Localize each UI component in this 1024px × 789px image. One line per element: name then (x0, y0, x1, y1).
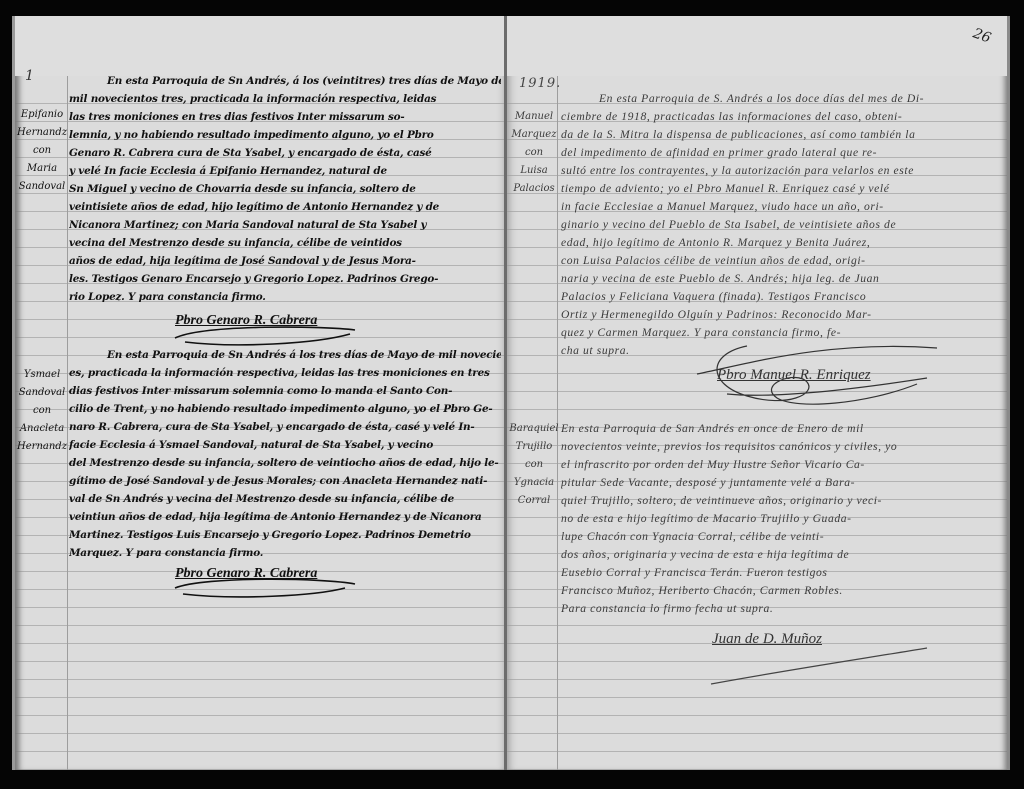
signature-flourish-icon (707, 644, 937, 694)
margin-name: Maria (17, 160, 67, 178)
entry-line: años de edad, hija legítima de José Sand… (69, 252, 501, 270)
entry-line: Genaro R. Cabrera cura de Sta Ysabel, y … (69, 144, 501, 162)
entry-line: Ortiz y Hermenegildo Olguín y Padrinos: … (561, 306, 1001, 324)
entry-line: in facie Ecclesiae a Manuel Marquez, viu… (561, 198, 1001, 216)
entry-line: En esta Parroquia de S. Andrés a los doc… (561, 90, 1001, 108)
page-header-blank (15, 16, 507, 76)
entry-line: facie Ecclesia á Ysmael Sandoval, natura… (69, 436, 501, 454)
signature-flourish-icon (165, 324, 365, 348)
margin-name: Sandoval (17, 384, 67, 402)
margin-name: Palacios (509, 180, 559, 198)
entry-line: del impedimento de afinidad en primer gr… (561, 144, 1001, 162)
margin-name: Corral (509, 492, 559, 510)
margin-name: Hernandz (17, 438, 67, 456)
entry-line: val de Sn Andrés y vecina del Mestrenzo … (69, 490, 501, 508)
entry-line: En esta Parroquia de Sn Andrés á los tre… (69, 346, 501, 364)
corner-mark: 1 (25, 68, 34, 84)
margin-name: Marquez (509, 126, 559, 144)
margin-name: Sandoval (17, 178, 67, 196)
entry-line: tiempo de adviento; yo el Pbro Manuel R.… (561, 180, 1001, 198)
entry-line: En esta Parroquia de San Andrés en once … (561, 420, 1001, 438)
entry-line: Francisco Muñoz, Heriberto Chacón, Carme… (561, 582, 1001, 600)
entry-line: es, practicada la información respectiva… (69, 364, 501, 382)
margin-name: con (509, 456, 559, 474)
open-register-book: 1 Epifanio Hernandz con Maria Sandoval E… (12, 16, 1010, 770)
entry-line: cilio de Trent, y no habiendo resultado … (69, 400, 501, 418)
entry-body: En esta Parroquia de San Andrés en once … (561, 420, 1001, 618)
signature-flourish-icon (687, 334, 947, 414)
entry-line: y velé In facie Ecclesia á Epifanio Hern… (69, 162, 501, 180)
margin-name: Trujillo (509, 438, 559, 456)
entry-line: Nicanora Martinez; con Maria Sandoval na… (69, 216, 501, 234)
entry-line: naria y vecina de este Pueblo de S. Andr… (561, 270, 1001, 288)
margin-name: Ygnacia (509, 474, 559, 492)
entry-line: rio Lopez. Y para constancia firmo. (69, 288, 501, 306)
entry-line: Marquez. Y para constancia firmo. (69, 544, 501, 562)
entry-line: quiel Trujillo, soltero, de veintinueve … (561, 492, 1001, 510)
entry-line: del Mestrenzo desde su infancia, soltero… (69, 454, 501, 472)
left-page: 1 Epifanio Hernandz con Maria Sandoval E… (12, 16, 507, 770)
margin-name: con (17, 402, 67, 420)
margin-name: Hernandz (17, 124, 67, 142)
entry-line: veintiun años de edad, hija legítima de … (69, 508, 501, 526)
entry-line: pitular Sede Vacante, desposé y juntamen… (561, 474, 1001, 492)
right-page: 26 1919. Manuel Marquez con Luisa Palaci… (507, 16, 1010, 770)
entry-line: ciembre de 1918, practicadas las informa… (561, 108, 1001, 126)
entry-line: con Luisa Palacios célibe de veintiun añ… (561, 252, 1001, 270)
entry-line: no de esta e hijo legítimo de Macario Tr… (561, 510, 1001, 528)
year-label: 1919. (519, 76, 561, 91)
margin-couple-names: Epifanio Hernandz con Maria Sandoval (17, 106, 67, 196)
entry-line: vecina del Mestrenzo desde su infancia, … (69, 234, 501, 252)
entry-line: gítimo de José Sandoval y de Jesus Moral… (69, 472, 501, 490)
entry-line: Eusebio Corral y Francisca Terán. Fueron… (561, 564, 1001, 582)
entry-line: Palacios y Feliciana Vaquera (finada). T… (561, 288, 1001, 306)
margin-couple-names: Ysmael Sandoval con Anacleta Hernandz (17, 366, 67, 456)
entry-line: En esta Parroquia de Sn Andrés, á los (v… (69, 72, 501, 90)
margin-name: Manuel (509, 108, 559, 126)
signature-flourish-icon (165, 576, 365, 600)
entry-line: Sn Miguel y vecino de Chovarria desde su… (69, 180, 501, 198)
margin-name: con (17, 142, 67, 160)
entry-line: Martinez. Testigos Luis Encarsejo y Greg… (69, 526, 501, 544)
margin-name: Luisa (509, 162, 559, 180)
entry-line: lemnia, y no habiendo resultado impedime… (69, 126, 501, 144)
page-header-blank (507, 16, 1007, 76)
entry-line: edad, hijo legítimo de Antonio R. Marque… (561, 234, 1001, 252)
entry-line: Para constancia lo firmo fecha ut supra. (561, 600, 1001, 618)
entry-line: las tres moniciones en tres dias festivo… (69, 108, 501, 126)
margin-rule (67, 76, 68, 770)
margin-name: Anacleta (17, 420, 67, 438)
entry-line: da de la S. Mitra la dispensa de publica… (561, 126, 1001, 144)
entry-body: En esta Parroquia de Sn Andrés, á los (v… (69, 72, 501, 306)
entry-line: dos años, originaria y vecina de esta e … (561, 546, 1001, 564)
entry-line: sultó entre los contrayentes, y la autor… (561, 162, 1001, 180)
entry-line: naro R. Cabrera, cura de Sta Ysabel, y e… (69, 418, 501, 436)
entry-line: veintisiete años de edad, hijo legítimo … (69, 198, 501, 216)
margin-name: Ysmael (17, 366, 67, 384)
margin-name: con (509, 144, 559, 162)
entry-line: el infrascrito por orden del Muy Ilustre… (561, 456, 1001, 474)
margin-name: Epifanio (17, 106, 67, 124)
entry-line: les. Testigos Genaro Encarsejo y Gregori… (69, 270, 501, 288)
entry-line: ginario y vecino del Pueblo de Sta Isabe… (561, 216, 1001, 234)
entry-body: En esta Parroquia de S. Andrés a los doc… (561, 90, 1001, 360)
entry-line: lupe Chacón con Ygnacia Corral, célibe d… (561, 528, 1001, 546)
margin-couple-names: Manuel Marquez con Luisa Palacios (509, 108, 559, 198)
entry-body: En esta Parroquia de Sn Andrés á los tre… (69, 346, 501, 562)
entry-line: mil novecientos tres, practicada la info… (69, 90, 501, 108)
margin-name: Baraquiel (509, 420, 559, 438)
entry-line: dias festivos Inter missarum solemnia co… (69, 382, 501, 400)
entry-line: novecientos veinte, previos los requisit… (561, 438, 1001, 456)
margin-couple-names: Baraquiel Trujillo con Ygnacia Corral (509, 420, 559, 510)
